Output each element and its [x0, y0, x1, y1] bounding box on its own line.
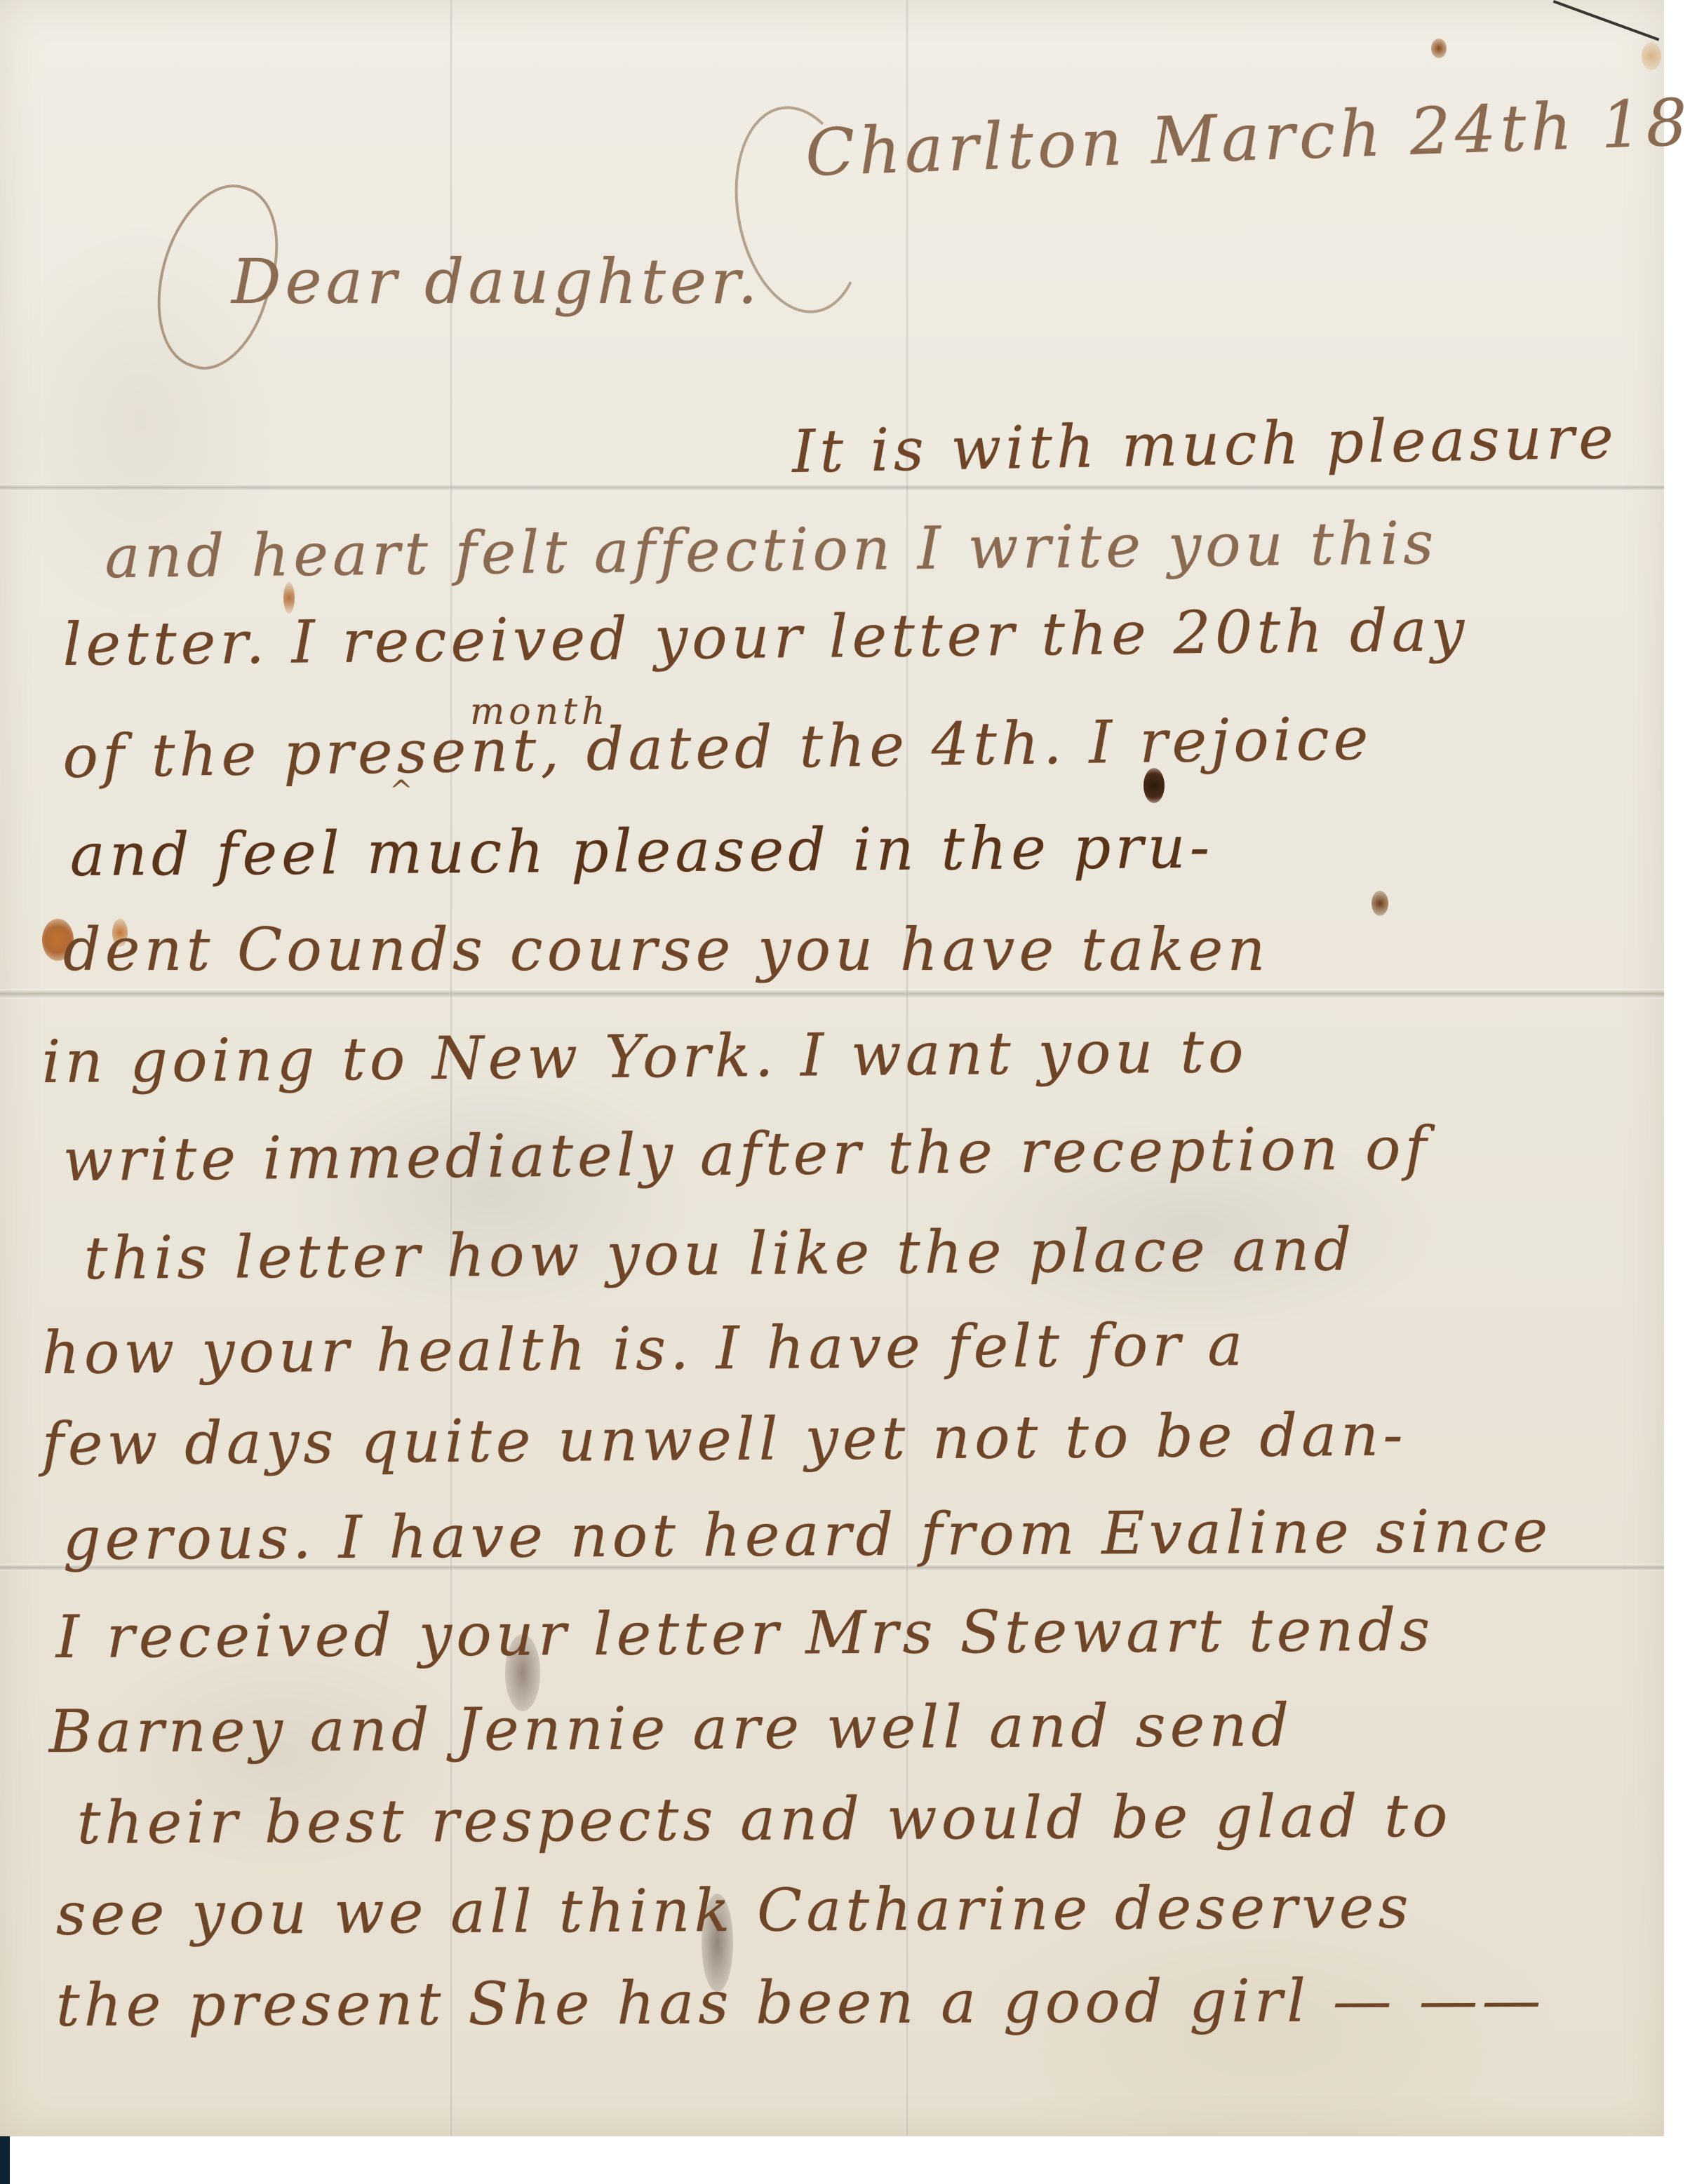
letter-line-17: the present She has been a good girl — —… — [56, 1966, 1545, 2040]
rust-stain — [1372, 891, 1388, 916]
rust-stain — [1431, 39, 1447, 58]
letter-line-8: write immediately after the reception of — [62, 1114, 1431, 1194]
letter-line-2: and heart felt affection I write you thi… — [105, 508, 1438, 591]
letter-line-3: letter. I received your letter the 20th … — [62, 595, 1469, 679]
corner-fold-line — [1553, 0, 1660, 41]
letter-paper: Charlton March 24th 1844 Dear daughter. … — [0, 0, 1664, 2136]
letter-line-14: Barney and Jennie are well and send — [48, 1691, 1293, 1766]
letter-line-12: gerous. I have not heard from Evaline si… — [62, 1497, 1552, 1573]
scanner-edge — [0, 2136, 10, 2184]
letter-line-15: their best respects and would be glad to — [76, 1781, 1451, 1857]
fold-crease — [0, 989, 1664, 999]
letter-line-10: how your health is. I have felt for a — [41, 1310, 1247, 1387]
place-date: Charlton March 24th 1844 — [804, 81, 1690, 191]
letter-line-1: It is with much pleasure — [791, 403, 1618, 486]
letter-line-11: few days quite unwell yet not to be dan- — [41, 1400, 1407, 1478]
letter-line-4: of the present, dated the 4th. I rejoice — [62, 704, 1373, 791]
salutation: Dear daughter. — [232, 245, 761, 318]
letter-line-13: I received your letter Mrs Stewart tends — [55, 1596, 1434, 1671]
rust-stain — [1642, 42, 1661, 70]
letter-line-7: in going to New York. I want you to — [41, 1017, 1248, 1096]
letter-line-6: dent Counds course you have taken — [63, 915, 1269, 984]
letter-line-16: see you we all think Catharine deserves — [55, 1873, 1412, 1948]
letter-line-9: this letter how you like the place and — [83, 1215, 1355, 1293]
letter-line-5: and feel much pleased in the pru- — [69, 813, 1214, 889]
